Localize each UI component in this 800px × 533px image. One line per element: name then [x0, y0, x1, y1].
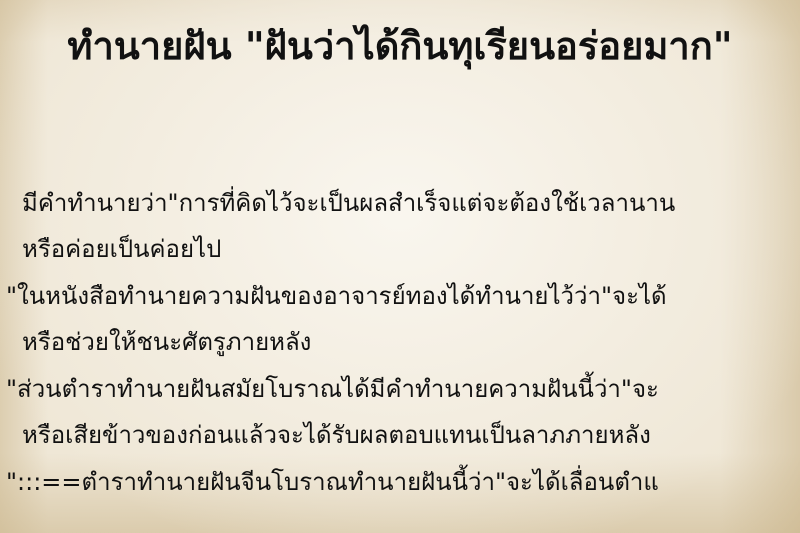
page-title: ทำนายฝัน "ฝันว่าได้กินทุเรียนอร่อยมาก" [0, 18, 800, 74]
interpretation-line-4: หรือช่วยให้ชนะศัตรูภายหลัง [22, 322, 311, 362]
interpretation-line-5: "ส่วนตำราทำนายฝันสมัยโบราณได้มีคำทำนายคว… [6, 369, 659, 409]
interpretation-line-6: หรือเสียข้าวของก่อนแล้วจะได้รับผลตอบแทนเ… [22, 415, 651, 455]
interpretation-line-3: "ในหนังสือทำนายความฝันของอาจารย์ทองได้ทำ… [6, 276, 667, 316]
interpretation-line-2: หรือค่อยเป็นค่อยไป [22, 229, 221, 269]
interpretation-line-7: ":::==ตำราทำนายฝันจีนโบราณทำนายฝันนี้ว่า… [6, 462, 659, 502]
interpretation-line-1: มีคำทำนายว่า"การที่คิดไว้จะเป็นผลสำเร็จแ… [22, 183, 675, 223]
